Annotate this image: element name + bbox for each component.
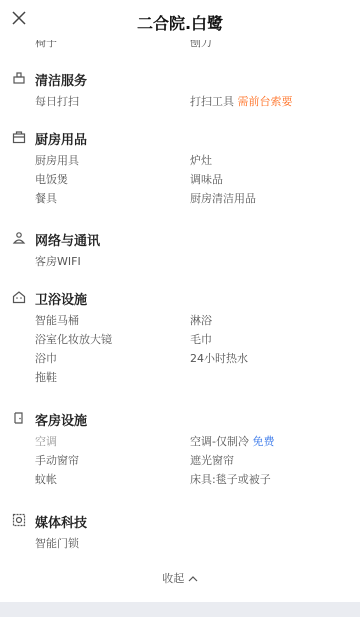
header: 二合院.白鹭 [0,0,360,40]
section-kitchen: 厨房用品 厨房用具炉灶 电饭煲调味品 餐具厨房清洁用品 [0,127,360,206]
partial-left: 椅子 [35,40,57,50]
list-item: 厨房用具炉灶 [0,149,360,168]
section-media: 媒体科技 智能门锁 [0,510,360,551]
list-item: 餐具厨房清洁用品 [0,187,360,206]
kitchen-icon [12,130,26,144]
list-item: 浴巾24小时热水 [0,347,360,366]
collapse-button[interactable]: 收起 [0,570,360,586]
list-item: 蚊帐床具:毯子或被子 [0,468,360,487]
list-item: 智能马桶淋浴 [0,309,360,328]
free-badge: 免费 [252,435,274,448]
network-icon [12,231,26,245]
list-item: 空调空调-仅制冷 免费 [0,430,360,449]
partial-row: 椅子 刨刀 [0,40,360,54]
list-item: 电饭煲调味品 [0,168,360,187]
bathroom-icon [12,290,26,304]
partial-right: 刨刀 [190,40,212,50]
section-cleaning: 清洁服务 每日打扫 打扫工具 需前台索要 [0,68,360,109]
section-title: 清洁服务 [35,70,87,89]
list-item: 客房WIFI [0,250,360,269]
cleaning-icon [12,71,26,85]
list-item: 智能门锁 [0,532,360,551]
section-bathroom: 卫浴设施 智能马桶淋浴 浴室化妆放大镜毛巾 浴巾24小时热水 拖鞋 [0,287,360,385]
list-item: 拖鞋 [0,366,360,385]
list-item: 浴室化妆放大镜毛巾 [0,328,360,347]
chevron-up-icon [188,575,198,583]
media-icon [12,513,26,527]
section-network: 网络与通讯 客房WIFI [0,228,360,269]
page-title: 二合院.白鹭 [0,11,360,34]
bottom-divider [0,602,360,617]
list-item: 每日打扫 打扫工具 需前台索要 [0,90,360,109]
section-room: 客房设施 空调空调-仅制冷 免费 手动窗帘遮光窗帘 蚊帐床具:毯子或被子 [0,408,360,487]
room-icon [12,411,26,425]
front-desk-note: 需前台索要 [238,95,293,108]
list-item: 手动窗帘遮光窗帘 [0,449,360,468]
